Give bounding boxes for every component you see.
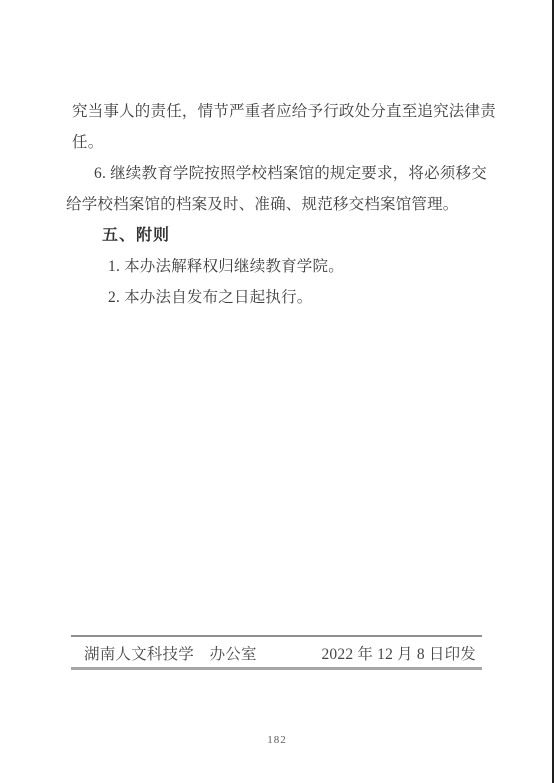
footer-bottom-rule: [71, 667, 482, 670]
section-heading: 五、附则: [66, 220, 506, 251]
body-text-line: 任。: [66, 127, 506, 158]
imprint-footer: 湖南人文科技学 办公室 2022 年 12 月 8 日印发: [71, 639, 482, 666]
document-page: 究当事人的责任，情节严重者应给予行政处分直至追究法律责 任。 6. 继续教育学院…: [0, 0, 554, 783]
page-number: 182: [0, 734, 554, 746]
footer-top-rule: [71, 635, 482, 637]
footer-issuer: 湖南人文科技学 办公室: [84, 642, 257, 664]
footer-print-date: 2022 年 12 月 8 日印发: [321, 642, 476, 664]
body-text-line: 2. 本办法自发布之日起执行。: [66, 282, 506, 313]
body-text-line: 究当事人的责任，情节严重者应给予行政处分直至追究法律责: [66, 96, 506, 127]
body-text-block: 究当事人的责任，情节严重者应给予行政处分直至追究法律责 任。 6. 继续教育学院…: [66, 96, 506, 313]
body-text-line: 1. 本办法解释权归继续教育学院。: [66, 251, 506, 282]
body-text-line: 给学校档案馆的档案及时、准确、规范移交档案馆管理。: [66, 189, 506, 220]
body-text-line: 6. 继续教育学院按照学校档案馆的规定要求，将必须移交: [66, 158, 506, 189]
